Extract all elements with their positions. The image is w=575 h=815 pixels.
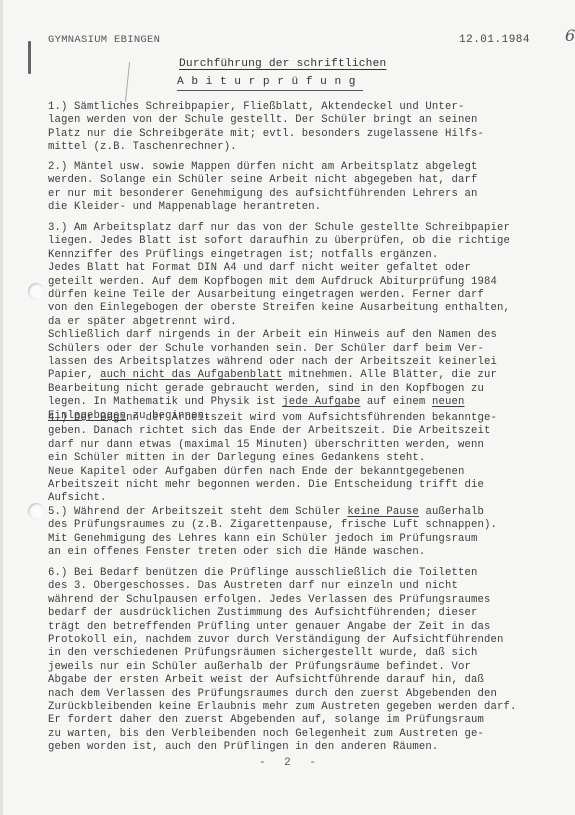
text-line: Arbeitszeit nicht mehr begonnen werden. …	[48, 479, 568, 492]
text-line: an ein offenes Fenster treten oder sich …	[48, 546, 568, 559]
text-line: 6.) Bei Bedarf benützen die Prüflinge au…	[48, 567, 568, 580]
document-page: GYMNASIUM EBINGEN 12.01.1984 6) Durchfüh…	[0, 0, 575, 815]
underlined-emphasis: jede Aufgabe	[282, 396, 360, 408]
text-line: geben worden ist, auch den Prüflingen in…	[48, 741, 568, 754]
text-line: in den verschiedenen Prüfungsräumen sich…	[48, 647, 568, 660]
text-line: liegen. Jedes Blatt ist sofort daraufhin…	[48, 235, 568, 248]
document-title-line-1: Durchführung der schriftlichen	[179, 58, 386, 70]
document-title-line-2: Abiturprüfung	[177, 76, 363, 91]
pencil-stroke	[125, 62, 130, 102]
section-6: 6.) Bei Bedarf benützen die Prüflinge au…	[48, 567, 568, 755]
text-line: Schülers oder der Schule vorhanden sein.…	[48, 343, 568, 356]
text-line: dürfen keine Teile der Ausarbeitung eing…	[48, 289, 568, 302]
margin-mark	[28, 41, 31, 74]
text-line: Platz nur die Schreibgeräte mit; evtl. b…	[48, 128, 568, 141]
text-line: des Prüfungsraumes zu (z.B. Zigarettenpa…	[48, 519, 568, 532]
text-line: Protokoll ein, nachdem zuvor durch Verst…	[48, 634, 568, 647]
text-line: nach dem Verlassen des Prüfungsraumes du…	[48, 688, 568, 701]
text-line: da er später abgetrennt wird.	[48, 316, 568, 329]
underlined-emphasis: auch nicht das Aufgabenblatt	[100, 369, 282, 381]
document-date: 12.01.1984	[459, 34, 530, 46]
school-name: GYMNASIUM EBINGEN	[48, 34, 160, 46]
text-line: 3.) Am Arbeitsplatz darf nur das von der…	[48, 222, 568, 235]
text-line: von den Einlegebogen der oberste Streife…	[48, 302, 568, 315]
text-line: 5.) Während der Arbeitszeit steht dem Sc…	[48, 506, 568, 519]
text-line: geteilt werden. Auf dem Kopfbogen mit de…	[48, 276, 568, 289]
section-3: 3.) Am Arbeitsplatz darf nur das von der…	[48, 222, 568, 423]
text-line: Papier, auch nicht das Aufgabenblatt mit…	[48, 369, 568, 382]
text-line: darf nur dann etwas (maximal 15 Minuten)…	[48, 439, 568, 452]
text-line: 2.) Mäntel usw. sowie Mappen dürfen nich…	[48, 161, 568, 174]
text-line: Schließlich darf nirgends in der Arbeit …	[48, 329, 568, 342]
text-line: Mit Genehmigung des Lehres kann ein Schü…	[48, 533, 568, 546]
text-line: 1.) Sämtliches Schreibpapier, Fließblatt…	[48, 101, 568, 114]
text-line: legen. In Mathematik und Physik ist jede…	[48, 396, 568, 409]
section-2: 2.) Mäntel usw. sowie Mappen dürfen nich…	[48, 161, 568, 215]
text-line: er nur mit besonderer Genehmigung des au…	[48, 188, 568, 201]
text-line: trägt den betreffenden Prüfling unter ge…	[48, 621, 568, 634]
text-line: des 3. Obergeschosses. Das Austreten dar…	[48, 580, 568, 593]
text-line: Kennziffer des Prüflings eingetragen ist…	[48, 249, 568, 262]
text-line: bedarf der ausdrücklichen Zustimmung des…	[48, 607, 568, 620]
text-line: Zurückbleibenden keine Erlaubnis mehr zu…	[48, 701, 568, 714]
text-line: lagen werden von der Schule gestellt. De…	[48, 114, 568, 127]
text-line: 4.) Der Beginn der Arbeitszeit wird vom …	[48, 412, 568, 425]
text-line: Abgabe der ersten Arbeit weist der Aufsi…	[48, 674, 568, 687]
section-4: 4.) Der Beginn der Arbeitszeit wird vom …	[48, 412, 568, 506]
text-line: die Kleider- und Mappenablage herantrete…	[48, 201, 568, 214]
underlined-emphasis: keine Pause	[347, 506, 419, 518]
text-line: Bearbeitung nicht gerade gebraucht werde…	[48, 383, 568, 396]
section-5: 5.) Während der Arbeitszeit steht dem Sc…	[48, 506, 568, 560]
text-line: jeweils nur ein Schüler außerhalb der Pr…	[48, 661, 568, 674]
punch-hole-icon	[28, 503, 44, 519]
page-number: - 2 -	[3, 757, 575, 769]
punch-hole-icon	[28, 283, 44, 299]
text-line: Er fordert daher den zuerst Abgebenden a…	[48, 714, 568, 727]
text-line: Neue Kapitel oder Aufgaben dürfen nach E…	[48, 466, 568, 479]
text-line: während der Schulpausen erfolgen. Jedes …	[48, 594, 568, 607]
handwritten-page-mark: 6)	[565, 26, 575, 45]
text-line: lassen des Arbeitsplatzes während oder n…	[48, 356, 568, 369]
text-line: Aufsicht.	[48, 492, 568, 505]
text-line: ein Schüler mitten in der Darlegung eine…	[48, 452, 568, 465]
section-1: 1.) Sämtliches Schreibpapier, Fließblatt…	[48, 101, 568, 155]
text-line: zu warten, bis den Verbleibenden noch Ge…	[48, 728, 568, 741]
text-line: geben. Danach richtet sich das Ende der …	[48, 425, 568, 438]
text-line: werden. Solange ein Schüler seine Arbeit…	[48, 174, 568, 187]
text-line: mittel (z.B. Taschenrechner).	[48, 141, 568, 154]
text-line: Jedes Blatt hat Format DIN A4 und darf n…	[48, 262, 568, 275]
underlined-emphasis: neuen	[432, 396, 465, 408]
